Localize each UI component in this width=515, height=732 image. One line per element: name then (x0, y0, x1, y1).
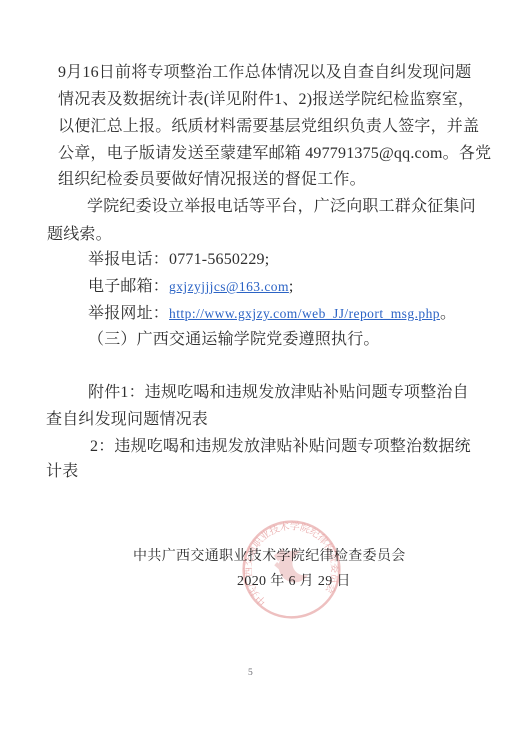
item3-line: （三）广西交通运输学院党委遵照执行。 (88, 330, 380, 349)
contact-web-line: 举报网址：http://www.gxjzy.com/web_JJ/report_… (88, 304, 456, 323)
email-label: 电子邮箱： (88, 278, 169, 295)
attachment-line: 计表 (46, 462, 78, 481)
contact-email-line: 电子邮箱：gxjzyjjjcs@163.com; (88, 277, 294, 296)
email-suffix: ; (289, 278, 294, 295)
scanned-document-page: 9月16日前将专项整治工作总体情况以及自查自纠发现问题 情况表及数据统计表(详见… (0, 0, 515, 732)
body-line: 公章，电子版请发送至蒙建军邮箱 497791375@qq.com。各党 (58, 144, 491, 163)
web-label: 举报网址： (88, 305, 169, 322)
body-line: 题线索。 (47, 225, 112, 244)
signature-organization: 中共广西交通职业技术学院纪律检查委员会 (133, 545, 406, 565)
email-link[interactable]: gxjzyjjjcs@163.com (169, 279, 289, 294)
signature-date: 2020 年 6 月 29 日 (237, 570, 351, 590)
contact-phone-line: 举报电话：0771-5650229; (88, 250, 269, 269)
attachment-line: 附件1：违规吃喝和违规发放津贴补贴问题专项整治自 (88, 383, 469, 402)
web-suffix: 。 (440, 305, 456, 322)
attachment-line: 2：违规吃喝和违规发放津贴补贴问题专项整治数据统 (90, 437, 471, 456)
body-line: 学院纪委设立举报电话等平台，广泛向职工群众征集问 (87, 197, 476, 216)
body-line: 组织纪检委员要做好情况报送的督促工作。 (58, 170, 366, 189)
body-line: 9月16日前将专项整治工作总体情况以及自查自纠发现问题 (58, 63, 471, 82)
report-url-link[interactable]: http://www.gxjzy.com/web_JJ/report_msg.p… (169, 306, 440, 321)
attachment-line: 查自纠发现问题情况表 (46, 410, 208, 429)
page-number: 5 (248, 668, 253, 678)
body-line: 以便汇总上报。纸质材料需要基层党组织负责人签字，并盖 (58, 117, 479, 136)
body-line: 情况表及数据统计表(详见附件1、2)报送学院纪检监察室， (58, 90, 474, 109)
